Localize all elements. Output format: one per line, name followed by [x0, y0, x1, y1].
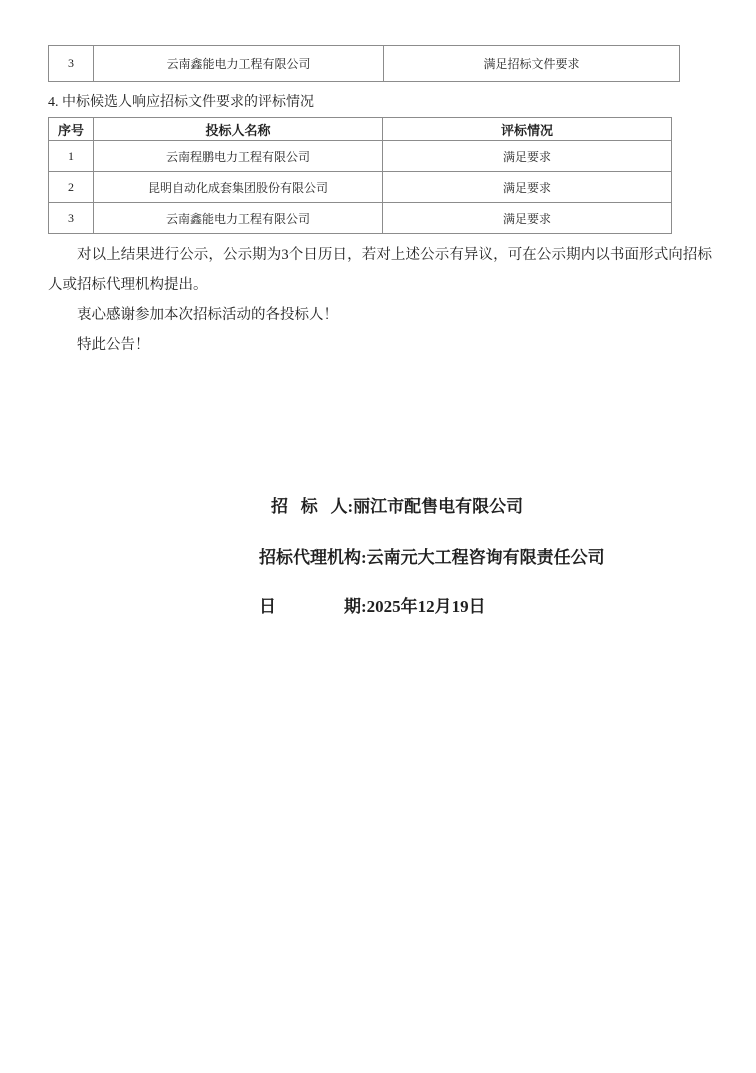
- previous-section-table: 3 云南鑫能电力工程有限公司 满足招标文件要求: [48, 45, 680, 82]
- table-row: 3 云南鑫能电力工程有限公司 满足要求: [49, 203, 672, 234]
- agency-line: 招标代理机构:云南元大工程咨询有限责任公司: [259, 543, 605, 568]
- evaluation-cell: 满足招标文件要求: [384, 46, 680, 82]
- section-heading: 4. 中标候选人响应招标文件要求的评标情况: [48, 91, 314, 111]
- seq-cell: 3: [49, 46, 94, 82]
- evaluation-cell: 满足要求: [383, 203, 672, 234]
- bidder-name-cell: 云南鑫能电力工程有限公司: [94, 203, 383, 234]
- bidder-name-cell: 云南程鹏电力工程有限公司: [94, 141, 383, 172]
- evaluation-header: 评标情况: [383, 118, 672, 141]
- seq-cell: 1: [49, 141, 94, 172]
- date-line: 日 期:2025年12月19日: [259, 592, 486, 617]
- table-row: 1 云南程鹏电力工程有限公司 满足要求: [49, 141, 672, 172]
- seq-cell: 2: [49, 172, 94, 203]
- thanks-paragraph: 衷心感谢参加本次招标活动的各投标人！: [48, 300, 712, 330]
- table-row: 2 昆明自动化成套集团股份有限公司 满足要求: [49, 172, 672, 203]
- evaluation-table: 序号 投标人名称 评标情况 1 云南程鹏电力工程有限公司 满足要求 2 昆明自动…: [48, 117, 672, 234]
- publicity-period-paragraph: 对以上结果进行公示，公示期为3个日历日，若对上述公示有异议，可在公示期内以书面形…: [48, 240, 712, 300]
- tenderer-line: 招 标 人:丽江市配售电有限公司: [271, 492, 523, 517]
- bidder-name-cell: 云南鑫能电力工程有限公司: [94, 46, 384, 82]
- evaluation-cell: 满足要求: [383, 172, 672, 203]
- table-row: 3 云南鑫能电力工程有限公司 满足招标文件要求: [49, 46, 680, 82]
- evaluation-cell: 满足要求: [383, 141, 672, 172]
- body-text: 对以上结果进行公示，公示期为3个日历日，若对上述公示有异议，可在公示期内以书面形…: [48, 240, 712, 360]
- seq-header: 序号: [49, 118, 94, 141]
- bidder-name-cell: 昆明自动化成套集团股份有限公司: [94, 172, 383, 203]
- seq-cell: 3: [49, 203, 94, 234]
- document-page: 3 云南鑫能电力工程有限公司 满足招标文件要求 4. 中标候选人响应招标文件要求…: [0, 0, 756, 1073]
- bidder-name-header: 投标人名称: [94, 118, 383, 141]
- announcement-paragraph: 特此公告！: [48, 330, 712, 360]
- table-header-row: 序号 投标人名称 评标情况: [49, 118, 672, 141]
